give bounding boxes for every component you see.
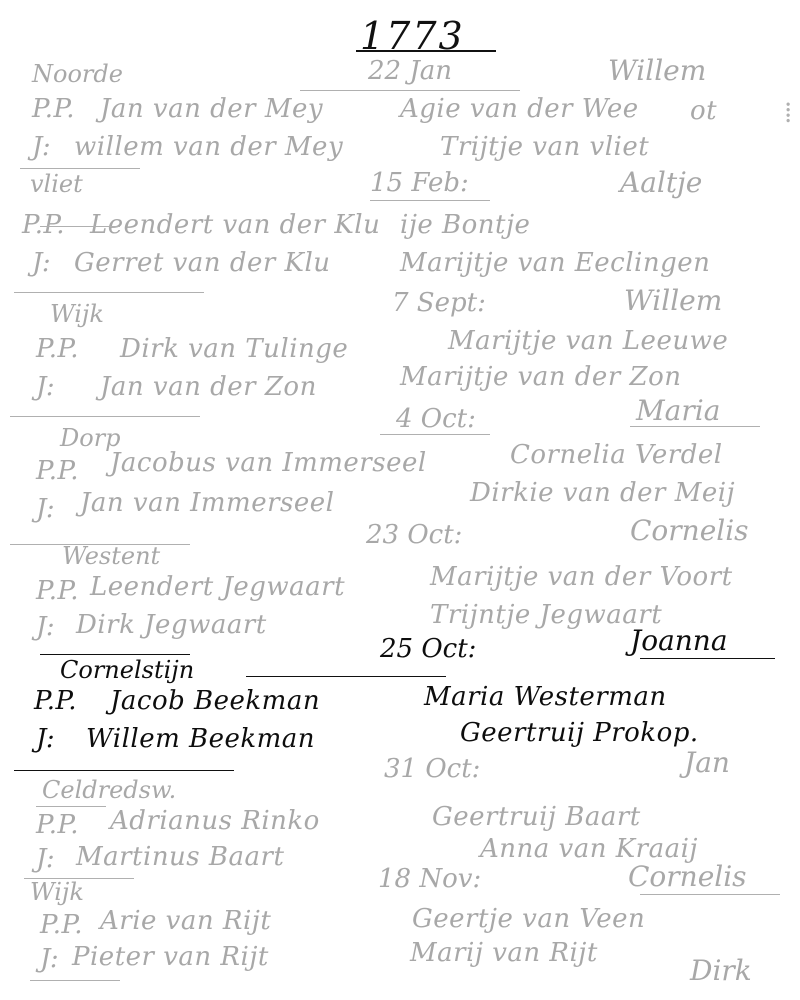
entry-mother: Marijtje van Leeuwe (448, 326, 728, 356)
entry-separator (20, 168, 140, 169)
entry-witness-female: Trijntje Jegwaart (430, 600, 662, 630)
entry-father: Jacob Beekman (110, 686, 320, 716)
date-underline (246, 676, 446, 677)
child-underline (640, 658, 775, 659)
entry-suffix: ot (690, 96, 717, 126)
entry-parents-prefix: P.P. (32, 94, 75, 124)
entry-date: 4 Oct: (396, 404, 476, 434)
entry-witness-male: Willem Beekman (86, 724, 315, 754)
entry-child-name: Willem (608, 54, 706, 87)
entry-separator (40, 226, 120, 227)
entry-separator (14, 770, 234, 771)
entry-witness-male: Gerret van der Klu (74, 248, 331, 278)
entry-parents-prefix: P.P. (36, 456, 79, 486)
entry-mother: Maria Westerman (424, 682, 667, 712)
entry-parents-prefix: P.P. (34, 686, 77, 716)
entry-place: vliet (30, 170, 83, 198)
entry-child-name: Aaltje (620, 166, 702, 199)
entry-father: Jacobus van Immerseel (110, 448, 427, 478)
entry-witness-female: Marij van Rijt (410, 938, 598, 968)
place-underline (36, 806, 106, 807)
entry-father: Dirk van Tulinge (120, 334, 348, 364)
entry-witness-prefix: J: (36, 724, 55, 754)
entry-child-name: Willem (624, 284, 722, 317)
entry-separator (10, 416, 200, 417)
entry-child-name: Dirk (690, 954, 752, 987)
entry-witness-female: Marijtje van Eeclingen (400, 248, 710, 278)
entry-father: Leendert van der Klu (90, 210, 380, 240)
entry-mother: Cornelia Verdel (510, 440, 723, 470)
entry-witness-female: Dirkie van der Meij (470, 478, 735, 508)
entry-witness-male: Pieter van Rijt (72, 942, 269, 972)
entry-child-name: Jan (684, 746, 730, 779)
entry-date: 18 Nov: (378, 864, 481, 894)
entry-father: Arie van Rijt (100, 906, 271, 936)
entry-separator (30, 980, 120, 981)
entry-child-name: Maria (636, 394, 720, 427)
entry-mother: ije Bontje (400, 210, 530, 240)
entry-date: 31 Oct: (384, 754, 480, 784)
entry-date: 7 Sept: (392, 288, 486, 318)
entry-witness-female: Trijtje van vliet (440, 132, 649, 162)
year-underline (356, 50, 496, 52)
date-underline (380, 434, 490, 435)
entry-witness-female: Geertruij Prokop. (460, 718, 699, 748)
entry-father: Jan van der Mey (100, 94, 323, 124)
entry-place: Westent (62, 542, 160, 570)
entry-child-name: Cornelis (630, 514, 749, 547)
entry-witness-prefix: J: (36, 844, 55, 874)
entry-witness-prefix: J: (36, 494, 55, 524)
entry-parents-prefix: P.P. (36, 576, 79, 606)
entry-separator (14, 292, 204, 293)
entry-witness-prefix: J: (36, 612, 55, 642)
entry-place: Noorde (32, 60, 123, 88)
entry-parents-prefix: P.P. (22, 210, 65, 240)
entry-parents-prefix: P.P. (36, 334, 79, 364)
entry-witness-male: Martinus Baart (76, 842, 284, 872)
entry-place: Wijk (50, 300, 104, 328)
entry-mother: Geertje van Veen (412, 904, 645, 934)
entry-mother: Agie van der Wee (400, 94, 639, 124)
entry-separator (40, 654, 190, 655)
entry-witness-prefix: J: (40, 944, 59, 974)
child-underline (640, 894, 780, 895)
entry-child-name: Cornelis (628, 860, 747, 893)
date-underline (370, 200, 490, 201)
register-page: 1773 ⁞ Noorde 22 Jan Willem P.P. Jan van… (0, 0, 800, 1000)
entry-witness-female: Marijtje van der Zon (400, 362, 681, 392)
entry-witness-male: Jan van Immerseel (80, 488, 334, 518)
entry-place: Wijk (30, 878, 84, 906)
entry-child-name: Joanna (630, 624, 728, 657)
entry-date: 22 Jan (368, 56, 452, 86)
entry-witness-male: Dirk Jegwaart (76, 610, 267, 640)
entry-date: 23 Oct: (366, 520, 462, 550)
entry-mother: Marijtje van der Voort (430, 562, 733, 592)
entry-witness-male: Jan van der Zon (100, 372, 317, 402)
entry-date: 25 Oct: (380, 634, 476, 664)
entry-parents-prefix: P.P. (40, 910, 83, 940)
entry-witness-male: willem van der Mey (74, 132, 343, 162)
entry-mother: Geertruij Baart (432, 802, 641, 832)
entry-father: Adrianus Rinko (110, 806, 320, 836)
margin-mark: ⁞ (784, 96, 792, 130)
entry-place: Cornelstijn (60, 656, 194, 684)
date-underline (300, 90, 520, 91)
entry-witness-prefix: J: (32, 132, 51, 162)
entry-witness-prefix: J: (32, 248, 51, 278)
entry-place: Celdredsw. (42, 776, 176, 804)
entry-date: 15 Feb: (370, 168, 469, 198)
entry-parents-prefix: P.P. (36, 810, 79, 840)
entry-witness-prefix: J: (36, 372, 55, 402)
entry-father: Leendert Jegwaart (90, 572, 345, 602)
child-underline (630, 426, 760, 427)
